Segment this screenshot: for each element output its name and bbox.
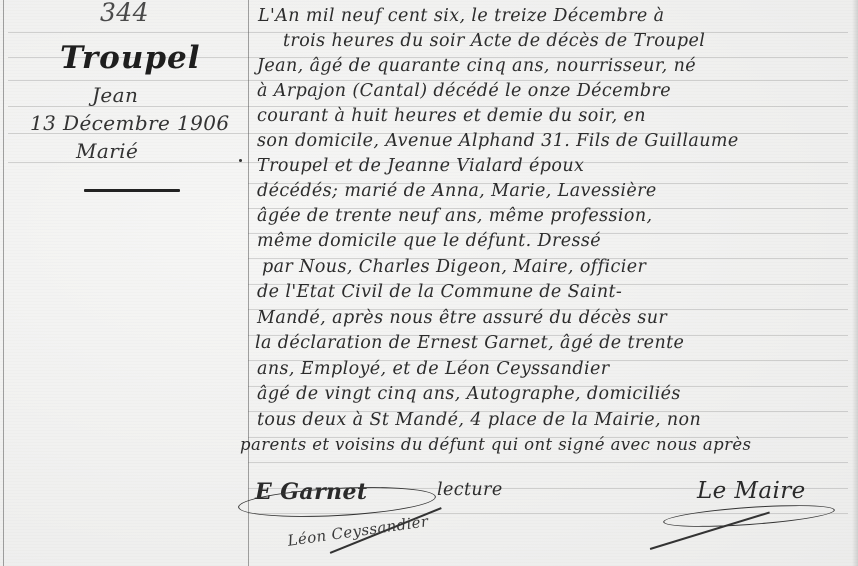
page-edge-shadow bbox=[852, 0, 858, 566]
body-line-17: tous deux à St Mandé, 4 place de la Mair… bbox=[257, 410, 701, 430]
left-edge-rule bbox=[3, 0, 4, 566]
record-date: 13 Décembre 1906 bbox=[30, 111, 230, 135]
body-line-9: âgée de trente neuf ans, même profession… bbox=[257, 206, 653, 226]
body-line-10: même domicile que le défunt. Dressé bbox=[257, 231, 601, 251]
body-line-14: la déclaration de Ernest Garnet, âgé de … bbox=[255, 333, 684, 353]
body-line-7: Troupel et de Jeanne Vialard époux bbox=[257, 156, 584, 176]
body-line-16: âgé de vingt cinq ans, Autographe, domic… bbox=[257, 384, 681, 404]
margin-separator-line bbox=[84, 189, 180, 192]
body-line-5: courant à huit heures et demie du soir, … bbox=[257, 106, 646, 126]
deceased-given-name: Jean bbox=[92, 83, 138, 107]
entry-number: 344 bbox=[100, 0, 149, 27]
margin-column-rule bbox=[248, 0, 249, 566]
body-line-3: Jean, âgé de quarante cinq ans, nourriss… bbox=[257, 56, 696, 76]
body-line-2: trois heures du soir Acte de décès de Tr… bbox=[283, 31, 705, 51]
body-line-15: ans, Employé, et de Léon Ceyssandier bbox=[257, 359, 610, 379]
witness-signature-ceyssandier: Léon Ceyssandier bbox=[286, 512, 429, 550]
body-line-13: Mandé, après nous être assuré du décès s… bbox=[257, 308, 667, 328]
body-line-6: son domicile, Avenue Alphand 31. Fils de… bbox=[257, 131, 739, 151]
body-line-19: lecture bbox=[437, 480, 503, 500]
margin-dot bbox=[239, 159, 242, 162]
body-line-18: parents et voisins du défunt qui ont sig… bbox=[240, 435, 751, 454]
body-line-4: à Arpajon (Cantal) décédé le onze Décemb… bbox=[257, 81, 671, 101]
ruled-line bbox=[248, 462, 848, 463]
register-page: 344 Troupel Jean 13 Décembre 1906 Marié … bbox=[0, 0, 858, 566]
body-line-12: de l'Etat Civil de la Commune de Saint- bbox=[257, 282, 622, 302]
body-line-8: décédés; marié de Anna, Marie, Lavessièr… bbox=[257, 181, 657, 201]
deceased-surname: Troupel bbox=[60, 40, 201, 76]
marital-status: Marié bbox=[76, 139, 138, 163]
body-line-11: par Nous, Charles Digeon, Maire, officie… bbox=[262, 257, 646, 277]
mayor-title: Le Maire bbox=[697, 478, 806, 504]
body-line-1: L'An mil neuf cent six, le treize Décemb… bbox=[258, 6, 664, 26]
